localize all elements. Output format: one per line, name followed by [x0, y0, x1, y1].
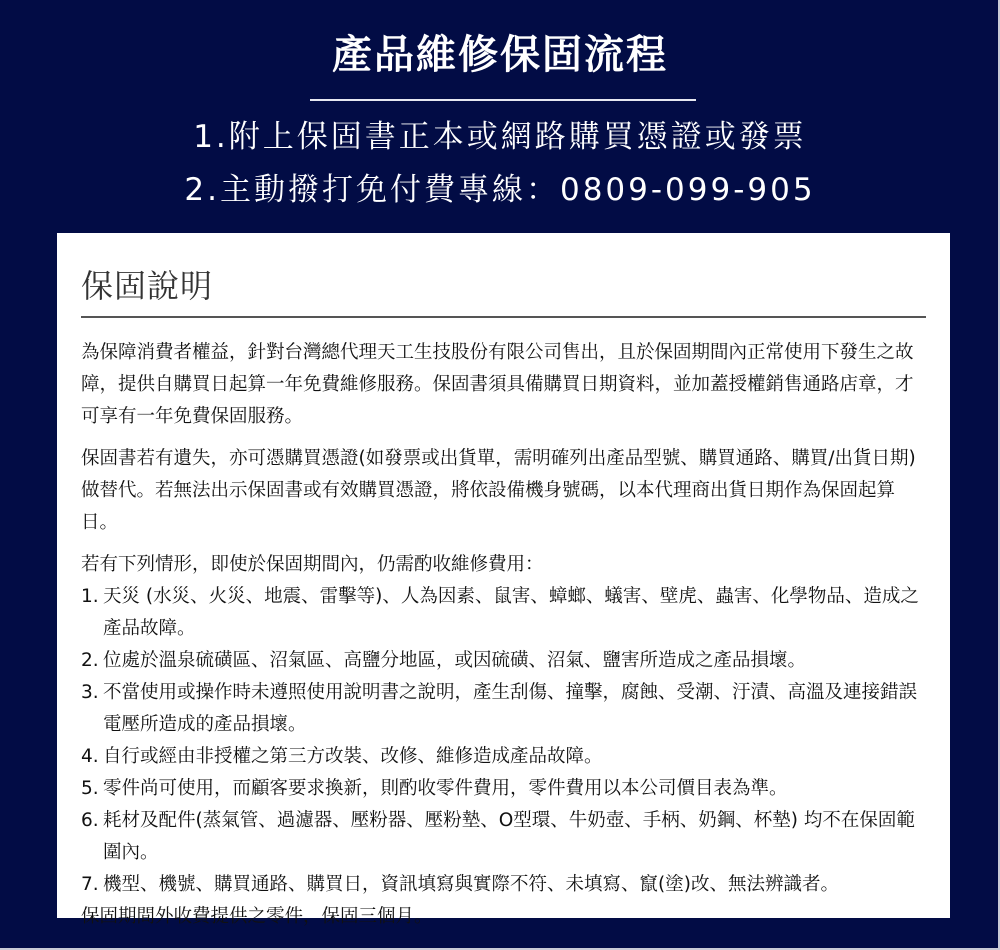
exclusion-item: 7. 機型、機號、購買通路、購買日，資訊填寫與實際不符、未填寫、竄(塗)改、無法…	[81, 869, 926, 901]
exclusion-number: 2.	[81, 645, 103, 677]
exclusion-number: 3.	[81, 677, 103, 741]
warranty-footer-note: 保固期間外收費提供之零件，保固三個月。	[81, 901, 926, 933]
exclusion-item: 2. 位處於溫泉硫磺區、沼氣區、高鹽分地區，或因硫磺、沼氣、鹽害所造成之產品損壞…	[81, 645, 926, 677]
exclusion-item: 1. 天災 (水災、火災、地震、雷擊等)、人為因素、鼠害、蟑螂、蟻害、壁虎、蟲害…	[81, 581, 926, 645]
process-step-1: 1.附上保固書正本或網路購買憑證或發票	[0, 117, 1000, 157]
exclusion-item: 6. 耗材及配件(蒸氣管、過濾器、壓粉器、壓粉墊、O型環、牛奶壺、手柄、奶鋼、杯…	[81, 805, 926, 869]
warranty-paragraph-2: 保固書若有遺失，亦可憑購買憑證(如發票或出貨單，需明確列出產品型號、購買通路、購…	[81, 443, 926, 539]
exclusion-item: 4. 自行或經由非授權之第三方改裝、改修、維修造成產品故障。	[81, 741, 926, 773]
exclusion-text: 耗材及配件(蒸氣管、過濾器、壓粉器、壓粉墊、O型環、牛奶壺、手柄、奶鋼、杯墊) …	[103, 805, 926, 869]
exclusion-text: 零件尚可使用，而顧客要求換新，則酌收零件費用，零件費用以本公司價目表為準。	[103, 773, 926, 805]
exclusion-number: 5.	[81, 773, 103, 805]
warranty-divider	[81, 316, 926, 318]
exclusion-number: 1.	[81, 581, 103, 645]
exclusion-number: 6.	[81, 805, 103, 869]
exclusion-text: 自行或經由非授權之第三方改裝、改修、維修造成產品故障。	[103, 741, 926, 773]
exclusion-text: 天災 (水災、火災、地震、雷擊等)、人為因素、鼠害、蟑螂、蟻害、壁虎、蟲害、化學…	[103, 581, 926, 645]
page-title: 產品維修保固流程	[0, 30, 1000, 80]
warranty-body: 為保障消費者權益，針對台灣總代理天工生技股份有限公司售出，且於保固期間內正常使用…	[81, 337, 926, 933]
exclusion-text: 不當使用或操作時未遵照使用說明書之說明，產生刮傷、撞擊，腐蝕、受潮、汙漬、高溫及…	[103, 677, 926, 741]
exclusions-intro: 若有下列情形，即使於保固期間內，仍需酌收維修費用：	[81, 549, 926, 581]
exclusion-number: 7.	[81, 869, 103, 901]
process-step-2: 2.主動撥打免付費專線：0809-099-905	[0, 170, 1000, 210]
exclusion-item: 5. 零件尚可使用，而顧客要求換新，則酌收零件費用，零件費用以本公司價目表為準。	[81, 773, 926, 805]
title-divider	[310, 99, 696, 101]
exclusion-text: 機型、機號、購買通路、購買日，資訊填寫與實際不符、未填寫、竄(塗)改、無法辨識者…	[103, 869, 926, 901]
exclusion-item: 3. 不當使用或操作時未遵照使用說明書之說明，產生刮傷、撞擊，腐蝕、受潮、汙漬、…	[81, 677, 926, 741]
warranty-card: 保固說明 為保障消費者權益，針對台灣總代理天工生技股份有限公司售出，且於保固期間…	[57, 233, 950, 918]
exclusion-text: 位處於溫泉硫磺區、沼氣區、高鹽分地區，或因硫磺、沼氣、鹽害所造成之產品損壞。	[103, 645, 926, 677]
exclusion-number: 4.	[81, 741, 103, 773]
warranty-paragraph-1: 為保障消費者權益，針對台灣總代理天工生技股份有限公司售出，且於保固期間內正常使用…	[81, 337, 926, 433]
warranty-title: 保固說明	[81, 264, 213, 308]
